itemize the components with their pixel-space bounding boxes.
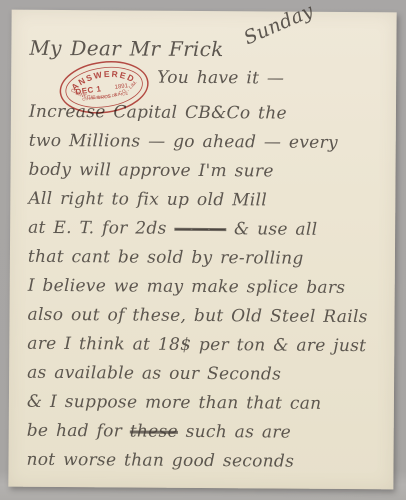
- line-text: that cant be sold by re-rolling: [28, 247, 304, 269]
- letter-line: not worse than good seconds: [26, 446, 389, 478]
- letter-line: body will approve I'm sure: [28, 156, 391, 188]
- line-text: I believe we may make splice bars: [28, 276, 346, 298]
- letter-body: Increase Capital CB&Co the two Millions …: [26, 98, 392, 478]
- line-text: are I think at 18$ per ton & are just: [27, 334, 366, 356]
- letter-line: two Millions — go ahead — every: [29, 127, 392, 159]
- line-text: body will approve I'm sure: [28, 160, 273, 182]
- letter-line: & I suppose more than that can: [27, 388, 390, 420]
- letter-line: at E. T. for 2ds ——— & use all: [28, 214, 391, 246]
- opening-line: You have it —: [157, 68, 284, 89]
- letter-line: be had for these such as are: [27, 417, 390, 449]
- line-text: not worse than good seconds: [26, 450, 294, 472]
- line-text: as available as our Seconds: [27, 363, 281, 385]
- struck-text: these: [130, 421, 178, 441]
- photographed-letter: My Dear Mr Frick Sunday You have it — In…: [0, 0, 406, 500]
- struck-text: ———: [174, 219, 226, 239]
- line-text: be had for: [27, 421, 130, 442]
- line-text: also out of these, but Old Steel Rails: [27, 305, 367, 327]
- stamp-outer-oval: [57, 57, 151, 118]
- line-text: All right to fix up old Mill: [28, 189, 267, 211]
- letter-line: as available as our Seconds: [27, 359, 390, 391]
- line-text: at E. T. for 2ds: [28, 218, 174, 239]
- letter-line: also out of these, but Old Steel Rails: [27, 301, 390, 333]
- letter-line: I believe we may make splice bars: [28, 272, 391, 304]
- letter-line: All right to fix up old Mill: [28, 185, 391, 217]
- letter-line: that cant be sold by re-rolling: [28, 243, 391, 275]
- line-text: two Millions — go ahead — every: [29, 131, 338, 153]
- letter-line: are I think at 18$ per ton & are just: [27, 330, 390, 362]
- line-text: & use all: [226, 219, 317, 240]
- day-note: Sunday: [241, 0, 317, 49]
- letter-paper: My Dear Mr Frick Sunday You have it — In…: [8, 10, 396, 490]
- line-text: & I suppose more than that can: [27, 392, 322, 414]
- line-text: such as are: [178, 422, 291, 443]
